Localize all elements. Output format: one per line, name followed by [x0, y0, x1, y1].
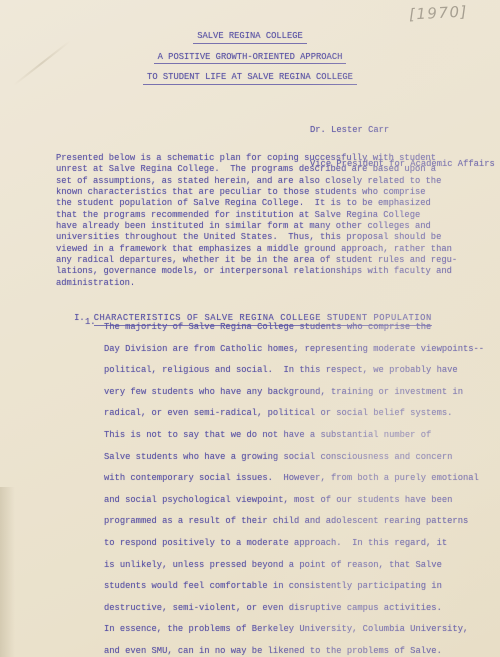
title-line-1-text: SALVE REGINA COLLEGE [193, 31, 307, 44]
title-line-2: A POSITIVE GROWTH-ORIENTED APPROACH [0, 52, 500, 73]
document-page: [1970] SALVE REGINA COLLEGE A POSITIVE G… [0, 0, 500, 657]
title-line-3: TO STUDENT LIFE AT SALVE REGINA COLLEGE [0, 72, 500, 93]
intro-paragraph: Presented below is a schematic plan for … [56, 153, 457, 289]
title-line-3-text: TO STUDENT LIFE AT SALVE REGINA COLLEGE [143, 72, 357, 85]
section-numeral: I. [74, 313, 85, 323]
item-number: 1. [85, 317, 96, 327]
page-edge-shadow [0, 487, 15, 657]
title-line-2-text: A POSITIVE GROWTH-ORIENTED APPROACH [154, 52, 347, 65]
handwritten-year-annotation: [1970] [409, 2, 469, 23]
title-line-1: SALVE REGINA COLLEGE [0, 31, 500, 52]
byline-name: Dr. Lester Carr [310, 125, 495, 136]
document-title: SALVE REGINA COLLEGE A POSITIVE GROWTH-O… [0, 31, 500, 93]
item-text: The majority of Salve Regina College stu… [104, 317, 484, 657]
